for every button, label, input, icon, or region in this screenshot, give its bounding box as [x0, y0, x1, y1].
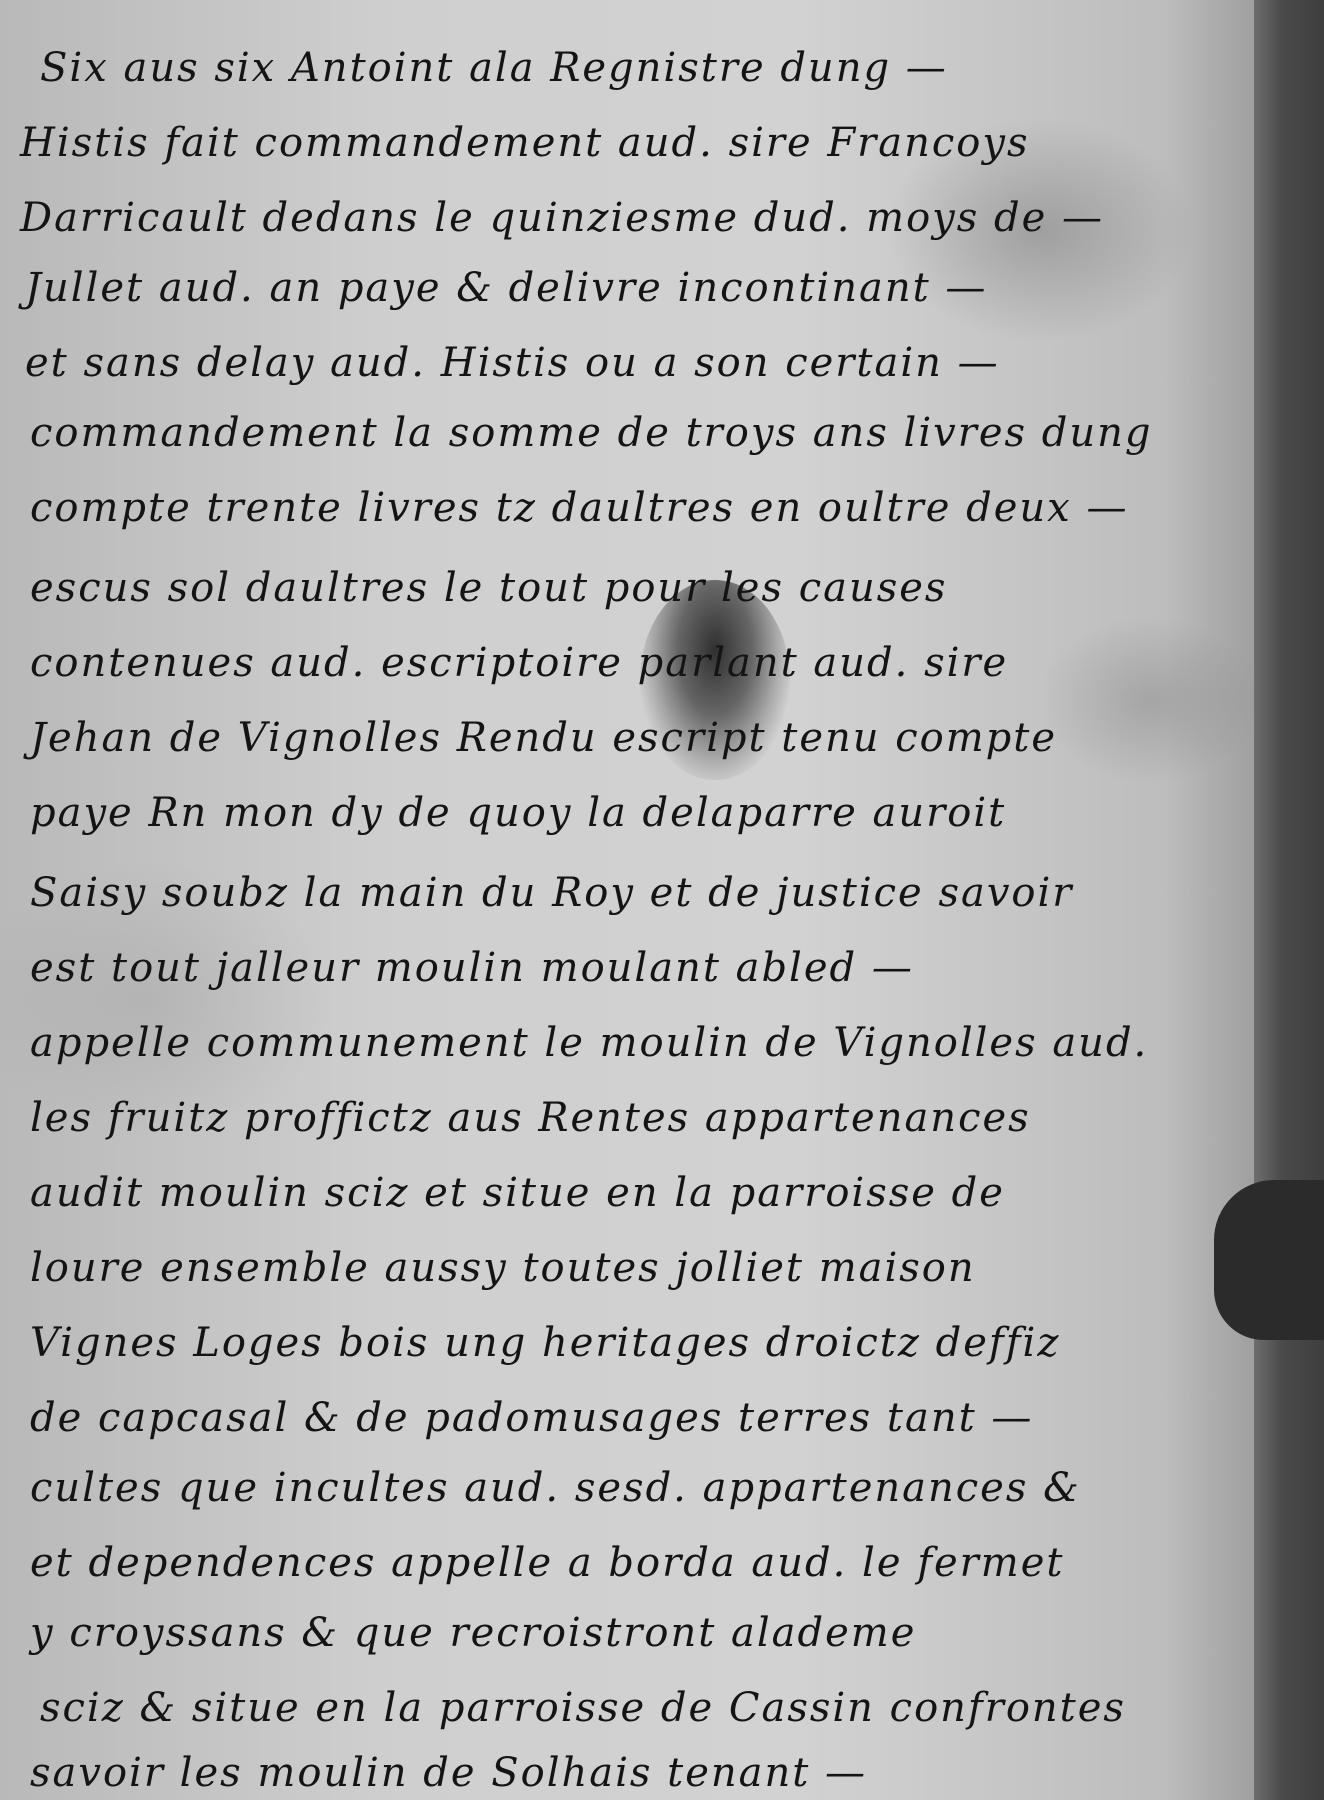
text-line-16: audit moulin sciz et situe en la parrois… — [30, 1170, 1005, 1216]
text-line-6: commandement la somme de troys ans livre… — [30, 410, 1153, 456]
text-line-22: y croyssans & que recroistront alademe — [30, 1610, 916, 1656]
text-line-21: et dependences appelle a borda aud. le f… — [30, 1540, 1064, 1586]
text-line-8: escus sol daultres le tout pour les caus… — [30, 565, 947, 611]
text-line-17: loure ensemble aussy toutes jolliet mais… — [30, 1245, 976, 1291]
text-line-13: est tout jalleur moulin moulant abled — — [30, 945, 914, 991]
text-line-5: et sans delay aud. Histis ou a son certa… — [25, 340, 1000, 386]
text-line-9: contenues aud. escriptoire parlant aud. … — [30, 640, 1008, 686]
text-line-3: Darricault dedans le quinziesme dud. moy… — [20, 195, 1104, 241]
text-line-11: paye Rn mon dy de quoy la delaparre auro… — [30, 790, 1006, 836]
text-line-4: Jullet aud. an paye & delivre incontinan… — [25, 265, 987, 311]
text-line-1: Six aus six Antoint ala Regnistre dung — — [40, 45, 948, 91]
manuscript-page: Six aus six Antoint ala Regnistre dung —… — [0, 0, 1324, 1800]
text-line-20: cultes que incultes aud. sesd. appartena… — [30, 1465, 1081, 1511]
text-line-12: Saisy soubz la main du Roy et de justice… — [30, 870, 1073, 916]
text-line-23: sciz & situe en la parroisse de Cassin c… — [40, 1685, 1126, 1731]
text-line-18: Vignes Loges bois ung heritages droictz … — [30, 1320, 1060, 1366]
text-line-14: appelle communement le moulin de Vignoll… — [30, 1020, 1148, 1066]
handwritten-text: Six aus six Antoint ala Regnistre dung —… — [0, 0, 1324, 1800]
text-line-15: les fruitz proffictz aus Rentes apparten… — [30, 1095, 1031, 1141]
text-line-19: de capcasal & de padomusages terres tant… — [30, 1395, 1033, 1441]
text-line-2: Histis fait commandement aud. sire Franc… — [20, 120, 1030, 166]
text-line-10: Jehan de Vignolles Rendu escript tenu co… — [30, 715, 1057, 761]
text-line-7: compte trente livres tz daultres en oult… — [30, 485, 1128, 531]
text-line-24: savoir les moulin de Solhais tenant — — [30, 1750, 867, 1796]
